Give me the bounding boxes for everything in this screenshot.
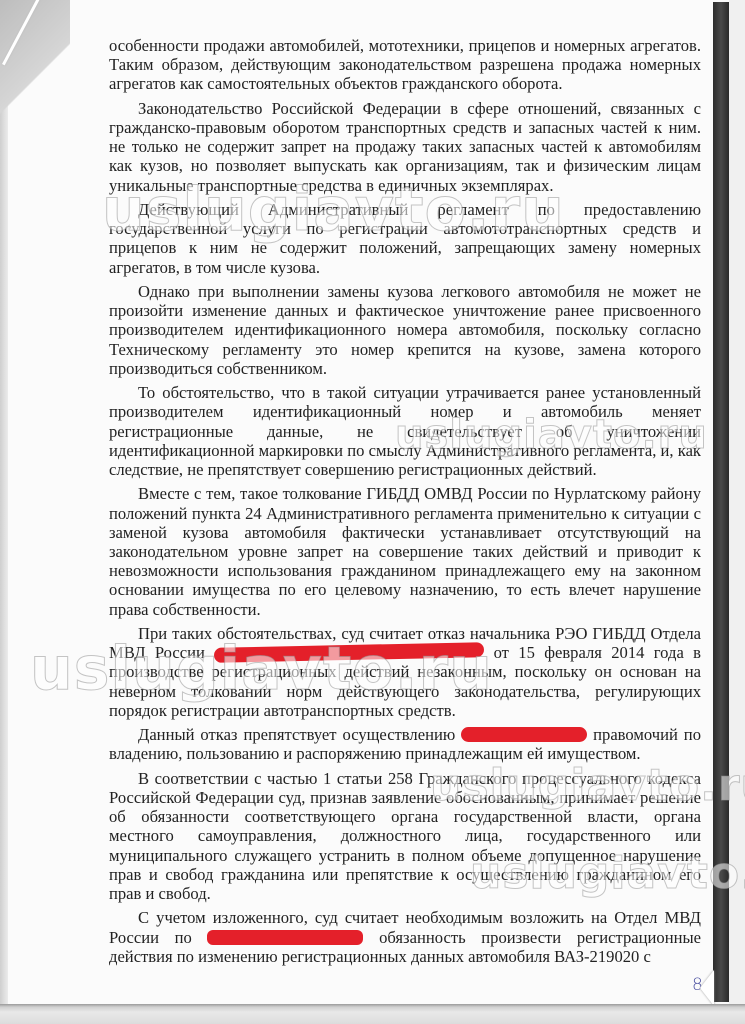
- paragraph-7: При таких обстоятельствах, суд считает о…: [109, 624, 701, 720]
- paragraph-2: Законодательство Российской Федерации в …: [109, 99, 701, 195]
- page-curl: [700, 970, 714, 1006]
- paragraph-6: Вместе с тем, такое толкование ГИБДД ОМВ…: [109, 484, 701, 618]
- paragraph-5: То обстоятельство, что в такой ситуации …: [109, 383, 701, 479]
- redaction-mark: [207, 930, 363, 945]
- paragraph-10: С учетом изложенного, суд считает необхо…: [109, 908, 701, 966]
- redaction-mark: [214, 642, 484, 663]
- folded-corner: [0, 0, 70, 135]
- document-body: особенности продажи автомобилей, мототех…: [109, 36, 701, 971]
- page-bottom-edge: [0, 1004, 745, 1024]
- paragraph-4: Однако при выполнении замены кузова легк…: [109, 282, 701, 378]
- right-margin-strip: [729, 0, 745, 1024]
- scanned-page: особенности продажи автомобилей, мототех…: [0, 0, 745, 1024]
- paragraph-8: Данный отказ препятствует осуществлению …: [109, 725, 701, 763]
- paragraph-1: особенности продажи автомобилей, мототех…: [109, 36, 701, 94]
- scanner-edge-bar: [713, 2, 729, 1002]
- paragraph-3: Действующий Административный регламент п…: [109, 200, 701, 277]
- redaction-mark: [461, 727, 587, 742]
- paragraph-9: В соответствии с частью 1 статьи 258 Гра…: [109, 769, 701, 903]
- paragraph-8-start: Данный отказ препятствует осуществлению: [138, 725, 461, 744]
- page-left-edge-shadow: [0, 0, 8, 1024]
